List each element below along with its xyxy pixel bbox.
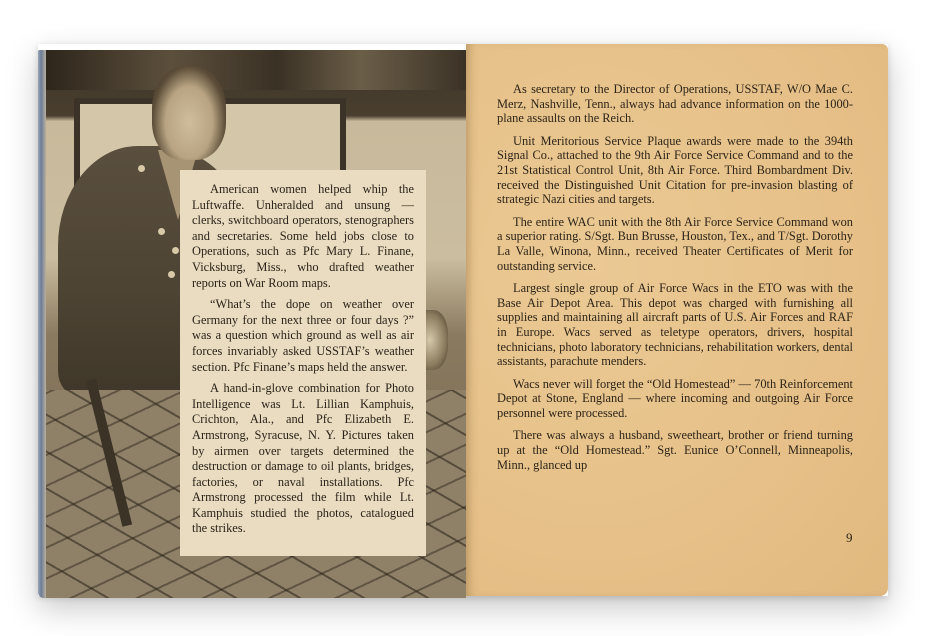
- caption-paragraph: “What’s the dope on weather over Germany…: [192, 297, 414, 375]
- uniform-button-icon: [168, 271, 175, 278]
- right-page: As secretary to the Director of Operatio…: [466, 44, 888, 596]
- body-paragraph: Largest single group of Air Force Wacs i…: [497, 281, 853, 369]
- uniform-button-icon: [172, 247, 179, 254]
- body-paragraph: Wacs never will forget the “Old Homestea…: [497, 377, 853, 421]
- body-paragraph: The entire WAC unit with the 8th Air For…: [497, 215, 853, 273]
- photo-woman-head: [152, 66, 226, 160]
- caption-paragraph: A hand-in-glove combination for Photo In…: [192, 381, 414, 537]
- left-page: American women helped whip the Luftwaffe…: [38, 50, 466, 598]
- photo-caption-box: American women helped whip the Luftwaffe…: [180, 170, 426, 556]
- body-paragraph: There was always a husband, sweetheart, …: [497, 428, 853, 472]
- cover-edge: [38, 50, 46, 598]
- open-booklet: American women helped whip the Luftwaffe…: [38, 44, 888, 596]
- page-number: 9: [846, 530, 853, 546]
- right-page-text: As secretary to the Director of Operatio…: [497, 82, 853, 480]
- body-paragraph: Unit Meritorious Service Plaque awards w…: [497, 134, 853, 207]
- photo-background-equipment: [46, 50, 466, 90]
- uniform-button-icon: [158, 228, 165, 235]
- uniform-button-icon: [138, 165, 145, 172]
- caption-paragraph: American women helped whip the Luftwaffe…: [192, 182, 414, 291]
- body-paragraph: As secretary to the Director of Operatio…: [497, 82, 853, 126]
